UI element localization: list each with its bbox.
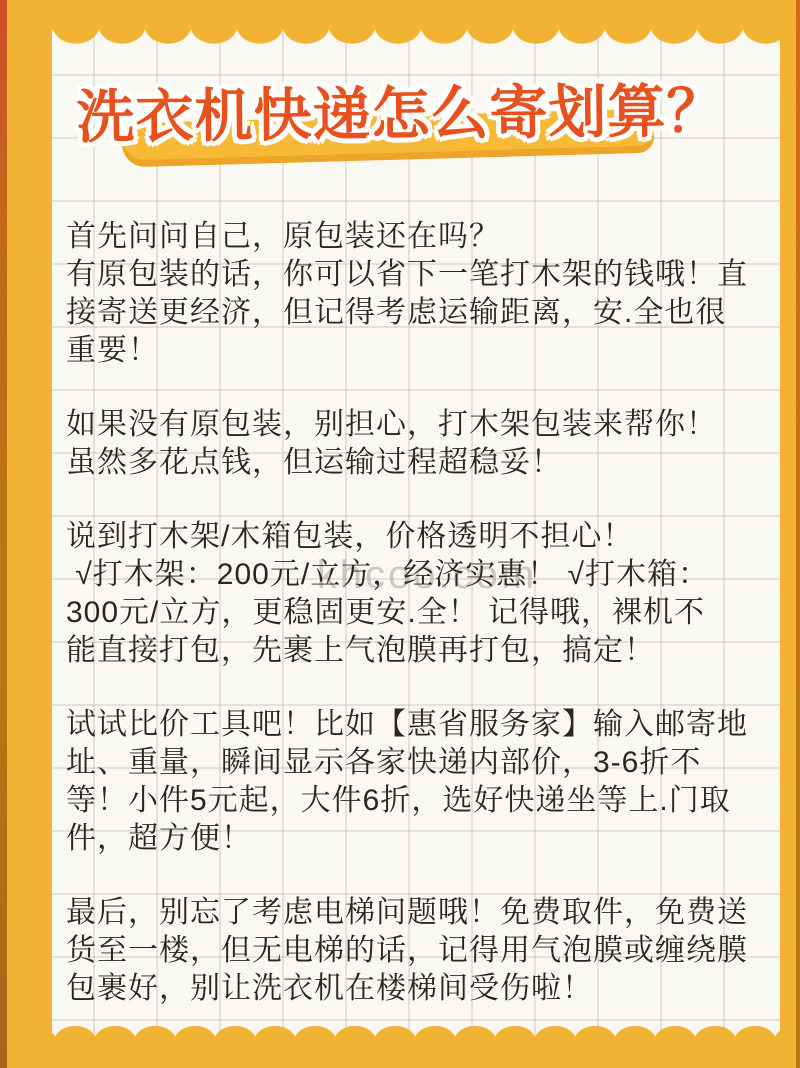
- poster-page: { "title": "洗衣机快递怎么寄划算？", "watermark": "…: [0, 0, 800, 1068]
- text-line: 说到打木架/木箱包装，价格透明不担心！: [66, 518, 770, 556]
- paragraph-no-packaging-wood-frame: 如果没有原包装，别担心，打木架包装来帮你！虽然多花点钱，但运输过程超稳妥！: [66, 406, 770, 482]
- text-line: √打木架：200元/立方，经济实惠！ √打木箱：: [66, 556, 770, 594]
- text-line: 能直接打包，先裹上气泡膜再打包，搞定！: [66, 632, 770, 670]
- text-line: 300元/立方，更稳固更安.全！ 记得哦，裸机不: [66, 594, 770, 632]
- text-line: 有原包装的话，你可以省下一笔打木架的钱哦！直: [66, 256, 770, 294]
- text-line: 等！小件5元起，大件6折，选好快递坐等上.门取: [66, 782, 770, 820]
- paragraph-elevator-reminder: 最后，别忘了考虑电梯问题哦！免费取件，免费送货至一楼，但无电梯的话，记得用气泡膜…: [66, 894, 770, 1008]
- text-line: 接寄送更经济，但记得考虑运输距离，安.全也很: [66, 294, 770, 332]
- text-line: 址、重量，瞬间显示各家快递内部价，3-6折不: [66, 744, 770, 782]
- paragraph-price-comparison-tool: 试试比价工具吧！比如【惠省服务家】输入邮寄地址、重量，瞬间显示各家快递内部价，3…: [66, 706, 770, 858]
- text-line: 包裹好，别让洗衣机在楼梯间受伤啦！: [66, 970, 770, 1008]
- text-line: 重要！: [66, 332, 770, 370]
- scallop-bottom-border: [52, 1026, 780, 1043]
- article-body: 首先问问自己，原包装还在吗？有原包装的话，你可以省下一笔打木架的钱哦！直接寄送更…: [52, 218, 780, 1008]
- text-line: 虽然多花点钱，但运输过程超稳妥！: [66, 444, 770, 482]
- text-line: 首先问问自己，原包装还在吗？: [66, 218, 770, 256]
- paper-panel: khcoo.com 洗衣机快递怎么寄划算？ 首先问问自己，原包装还在吗？有原包装…: [52, 25, 780, 1043]
- text-line: 试试比价工具吧！比如【惠省服务家】输入邮寄地: [66, 706, 770, 744]
- page-title: 洗衣机快递怎么寄划算？: [52, 70, 751, 159]
- paragraph-wood-frame-pricing: 说到打木架/木箱包装，价格透明不担心！ √打木架：200元/立方，经济实惠！ √…: [66, 518, 770, 670]
- right-edge-shadow: [796, 0, 800, 1068]
- text-line: 件，超方便！: [66, 820, 770, 858]
- text-line: 最后，别忘了考虑电梯问题哦！免费取件，免费送: [66, 894, 770, 932]
- left-edge-shadow: [0, 0, 7, 1068]
- text-line: 如果没有原包装，别担心，打木架包装来帮你！: [66, 406, 770, 444]
- paragraph-original-packaging-question: 首先问问自己，原包装还在吗？有原包装的话，你可以省下一笔打木架的钱哦！直接寄送更…: [66, 218, 770, 370]
- title-block: 洗衣机快递怎么寄划算？: [52, 74, 780, 166]
- text-line: 货至一楼，但无电梯的话，记得用气泡膜或缠绕膜: [66, 932, 770, 970]
- scallop-top-border: [52, 25, 780, 44]
